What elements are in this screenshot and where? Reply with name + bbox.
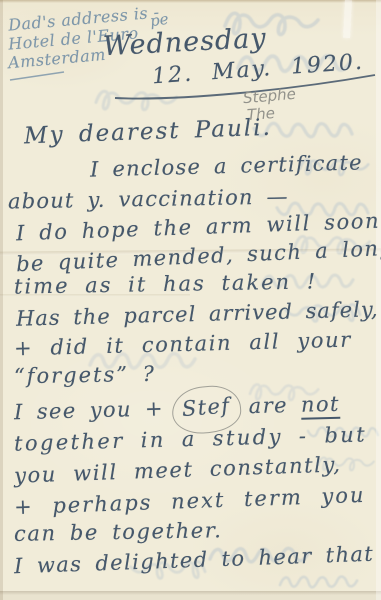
underlined-word: not [301,392,341,420]
address-note-overflow: pe [149,11,170,30]
letter-line-segment: I see you + [14,396,178,424]
letter-line: can be together. [14,519,223,546]
letter-line: “forgets” ? [14,363,156,389]
letter-page: Dad's address is - pe Hotel de l'Euro Am… [0,0,381,600]
letter-line: about y. vaccination — [8,186,289,214]
letter-line-segment: are [235,393,301,419]
circled-word: Stef [181,393,231,421]
